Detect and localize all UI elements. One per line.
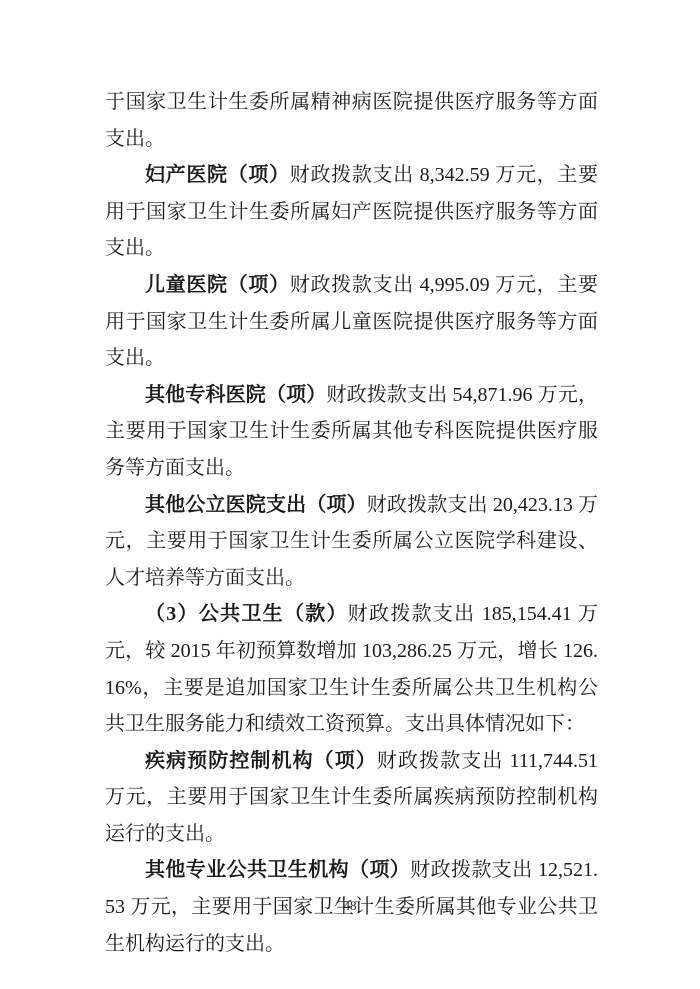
paragraph-lead: 其他专科医院（项） bbox=[145, 384, 326, 406]
document-page: 于国家卫生计生委所属精神病医院提供医疗服务等方面支出。 妇产医院（项）财政拨款支… bbox=[0, 0, 700, 989]
paragraph-lead: 其他公立医院支出（项） bbox=[145, 494, 367, 516]
paragraph: 妇产医院（项）财政拨款支出 8,342.59 万元，主要用于国家卫生计生委所属妇… bbox=[105, 157, 598, 267]
document-body: 于国家卫生计生委所属精神病医院提供医疗服务等方面支出。 妇产医院（项）财政拨款支… bbox=[105, 84, 598, 962]
paragraph: 于国家卫生计生委所属精神病医院提供医疗服务等方面支出。 bbox=[105, 84, 598, 157]
paragraph-lead: 妇产医院（项） bbox=[145, 164, 290, 186]
paragraph-lead: 疾病预防控制机构（项） bbox=[145, 750, 377, 772]
paragraph-lead: （3）公共卫生（款） bbox=[145, 603, 348, 625]
paragraph-text: 于国家卫生计生委所属精神病医院提供医疗服务等方面支出。 bbox=[105, 91, 598, 150]
paragraph: 其他专科医院（项）财政拨款支出 54,871.96 万元，主要用于国家卫生计生委… bbox=[105, 377, 598, 487]
paragraph-lead: 儿童医院（项） bbox=[145, 274, 290, 296]
paragraph: 儿童医院（项）财政拨款支出 4,995.09 万元，主要用于国家卫生计生委所属儿… bbox=[105, 267, 598, 377]
paragraph: （3）公共卫生（款）财政拨款支出 185,154.41 万元，较 2015 年初… bbox=[105, 596, 598, 742]
paragraph-lead: 其他专业公共卫生机构（项） bbox=[145, 859, 410, 881]
page-number: 48 bbox=[344, 898, 357, 913]
paragraph: 疾病预防控制机构（项）财政拨款支出 111,744.51 万元，主要用于国家卫生… bbox=[105, 743, 598, 853]
page-footer: 48 bbox=[0, 897, 700, 915]
paragraph: 其他公立医院支出（项）财政拨款支出 20,423.13 万元，主要用于国家卫生计… bbox=[105, 487, 598, 597]
